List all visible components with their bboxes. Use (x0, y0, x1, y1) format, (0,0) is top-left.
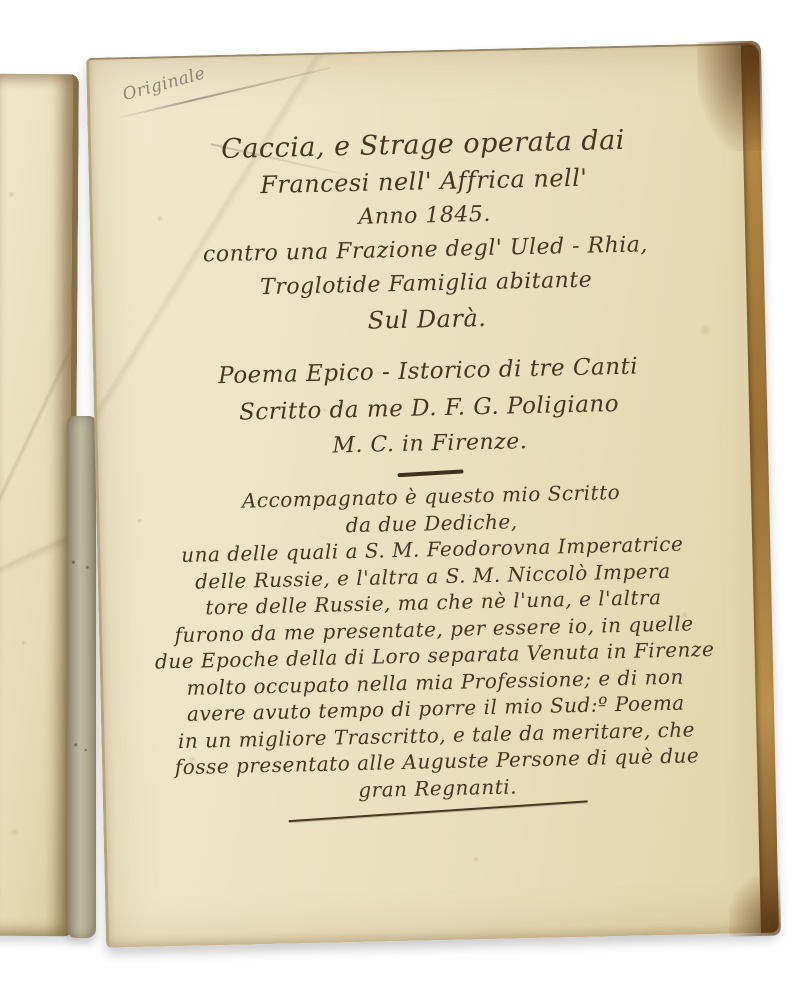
title-block: Caccia, e Strage operata dai Francesi ne… (125, 46, 723, 344)
manuscript-page: Originale Caccia, e Strage operata dai F… (86, 43, 779, 948)
book-spine (67, 416, 96, 938)
manuscript-photo: Originale Caccia, e Strage operata dai F… (0, 0, 800, 992)
corner-stain-bottom-right (728, 875, 781, 936)
ink-rule-separator (397, 469, 463, 477)
handwritten-content: Caccia, e Strage operata dai Francesi ne… (125, 46, 734, 819)
book-fore-edge (741, 45, 779, 933)
subtitle-block: Poema Epico - Istorico di tre Canti Scri… (132, 347, 726, 468)
dedication-block: Accompagnato è questo mio Scritto da due… (135, 477, 734, 808)
